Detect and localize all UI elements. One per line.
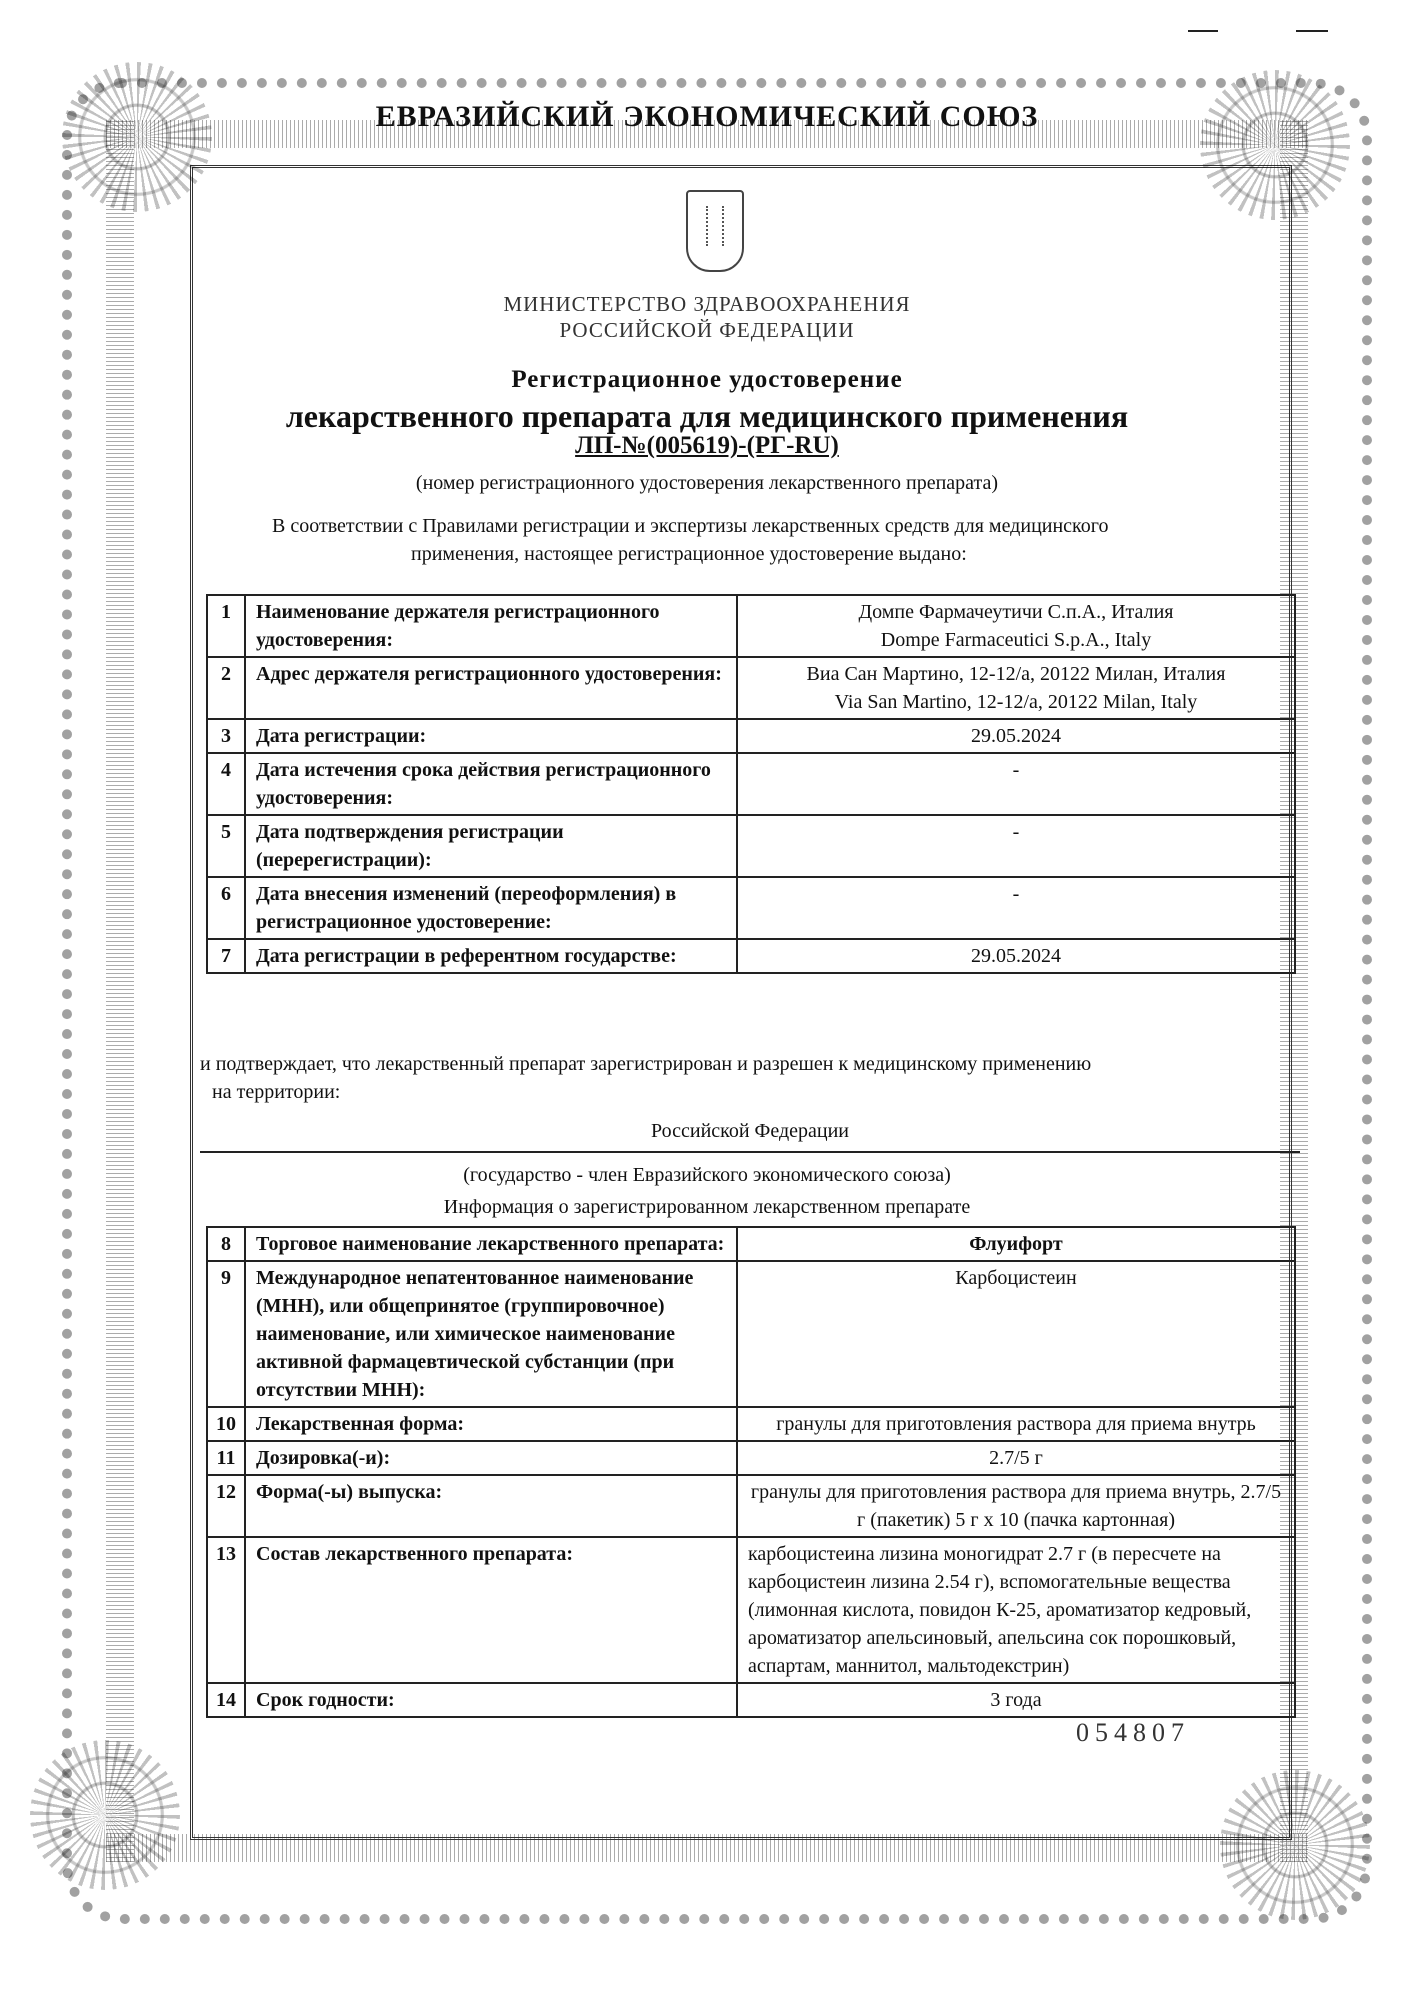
corner-rosette-icon [1220, 1770, 1370, 1920]
row-value-line-1: Виа Сан Мартино, 12-12/а, 20122 Милан, И… [748, 660, 1284, 688]
row-label: Лекарственная форма: [245, 1407, 737, 1441]
table-row: 13Состав лекарственного препарата:карбоц… [207, 1537, 1295, 1683]
intro-line-2: применения, настоящее регистрационное уд… [411, 540, 967, 568]
table-row: 3Дата регистрации:29.05.2024 [207, 719, 1295, 753]
scan-mark [1296, 30, 1328, 32]
table-row: 9Международное непатентованное наименова… [207, 1261, 1295, 1407]
scan-mark [1188, 30, 1218, 32]
row-value: 2.7/5 г [737, 1441, 1295, 1475]
row-value: гранулы для приготовления раствора для п… [737, 1475, 1295, 1537]
table-row: 7Дата регистрации в референтном государс… [207, 939, 1295, 973]
confirmation-line-2: на территории: [212, 1078, 340, 1106]
table-row: 8Торговое наименование лекарственного пр… [207, 1227, 1295, 1261]
territory-caption: (государство - член Евразийского экономи… [0, 1164, 1414, 1187]
certificate-subtitle: лекарственного препарата для медицинског… [0, 398, 1414, 435]
row-value-line-1: - [748, 880, 1284, 908]
corner-rosette-icon [62, 62, 212, 212]
coat-of-arms-icon [686, 190, 744, 272]
table-row: 6Дата внесения изменений (переоформления… [207, 877, 1295, 939]
row-value: 3 года [737, 1683, 1295, 1717]
row-number: 2 [207, 657, 245, 719]
table-row: 14Срок годности:3 года [207, 1683, 1295, 1717]
row-number: 3 [207, 719, 245, 753]
registration-number-caption: (номер регистрационного удостоверения ле… [0, 472, 1414, 495]
ministry-line-2: РОССИЙСКОЙ ФЕДЕРАЦИИ [0, 318, 1414, 343]
row-value: гранулы для приготовления раствора для п… [737, 1407, 1295, 1441]
row-label: Дата подтверждения регистрации (перереги… [245, 815, 737, 877]
row-value-line-1: 29.05.2024 [748, 942, 1284, 970]
row-value-line-1: - [748, 818, 1284, 846]
corner-rosette-icon [30, 1740, 180, 1890]
row-value: - [737, 877, 1295, 939]
product-table: 8Торговое наименование лекарственного пр… [206, 1226, 1296, 1718]
row-number: 8 [207, 1227, 245, 1261]
table-row: 2Адрес держателя регистрационного удосто… [207, 657, 1295, 719]
table-row: 12Форма(-ы) выпуска:гранулы для приготов… [207, 1475, 1295, 1537]
row-number: 12 [207, 1475, 245, 1537]
row-label: Международное непатентованное наименован… [245, 1261, 737, 1407]
row-label: Торговое наименование лекарственного пре… [245, 1227, 737, 1261]
row-label: Наименование держателя регистрационного … [245, 595, 737, 657]
row-number: 6 [207, 877, 245, 939]
row-label: Форма(-ы) выпуска: [245, 1475, 737, 1537]
row-label: Срок годности: [245, 1683, 737, 1717]
corner-rosette-icon [1200, 70, 1350, 220]
holder-table: 1Наименование держателя регистрационного… [206, 594, 1296, 974]
ministry-line-1: МИНИСТЕРСТВО ЗДРАВООХРАНЕНИЯ [0, 292, 1414, 317]
intro-line-1: В соответствии с Правилами регистрации и… [272, 512, 1108, 540]
row-label: Дата истечения срока действия регистраци… [245, 753, 737, 815]
row-value: Виа Сан Мартино, 12-12/а, 20122 Милан, И… [737, 657, 1295, 719]
row-label: Дата регистрации в референтном государст… [245, 939, 737, 973]
row-number: 13 [207, 1537, 245, 1683]
row-value: - [737, 753, 1295, 815]
row-label: Адрес держателя регистрационного удостов… [245, 657, 737, 719]
row-value: 29.05.2024 [737, 939, 1295, 973]
serial-number: 054807 [1076, 1718, 1190, 1748]
row-value-line-2: Dompe Farmaceutici S.p.A., Italy [748, 626, 1284, 654]
table-row: 11Дозировка(-и):2.7/5 г [207, 1441, 1295, 1475]
union-title: ЕВРАЗИЙСКИЙ ЭКОНОМИЧЕСКИЙ СОЮЗ [0, 100, 1414, 134]
row-value: Домпе Фармачеутичи С.п.А., ИталияDompe F… [737, 595, 1295, 657]
row-value: карбоцистеина лизина моногидрат 2.7 г (в… [737, 1537, 1295, 1683]
table-row: 5Дата подтверждения регистрации (перерег… [207, 815, 1295, 877]
row-number: 7 [207, 939, 245, 973]
certificate-title: Регистрационное удостоверение [0, 366, 1414, 394]
territory: Российской Федерации [200, 1120, 1300, 1153]
row-number: 5 [207, 815, 245, 877]
table-row: 1Наименование держателя регистрационного… [207, 595, 1295, 657]
row-value-line-1: Домпе Фармачеутичи С.п.А., Италия [748, 598, 1284, 626]
row-value-line-2: Via San Martino, 12-12/a, 20122 Milan, I… [748, 688, 1284, 716]
table-row: 4Дата истечения срока действия регистрац… [207, 753, 1295, 815]
row-number: 1 [207, 595, 245, 657]
row-number: 4 [207, 753, 245, 815]
row-number: 11 [207, 1441, 245, 1475]
row-number: 10 [207, 1407, 245, 1441]
row-number: 9 [207, 1261, 245, 1407]
registration-number: ЛП-№(005619)-(РГ-RU) [0, 432, 1414, 460]
row-label: Дата внесения изменений (переоформления)… [245, 877, 737, 939]
row-value: Флуифорт [737, 1227, 1295, 1261]
table-row: 10Лекарственная форма:гранулы для пригот… [207, 1407, 1295, 1441]
confirmation-line-1: и подтверждает, что лекарственный препар… [200, 1050, 1091, 1078]
row-value: Карбоцистеин [737, 1261, 1295, 1407]
row-label: Состав лекарственного препарата: [245, 1537, 737, 1683]
row-value: - [737, 815, 1295, 877]
row-number: 14 [207, 1683, 245, 1717]
row-label: Дата регистрации: [245, 719, 737, 753]
row-value-line-1: 29.05.2024 [748, 722, 1284, 750]
row-value: 29.05.2024 [737, 719, 1295, 753]
row-label: Дозировка(-и): [245, 1441, 737, 1475]
row-value-line-1: - [748, 756, 1284, 784]
product-info-heading: Информация о зарегистрированном лекарств… [0, 1196, 1414, 1219]
